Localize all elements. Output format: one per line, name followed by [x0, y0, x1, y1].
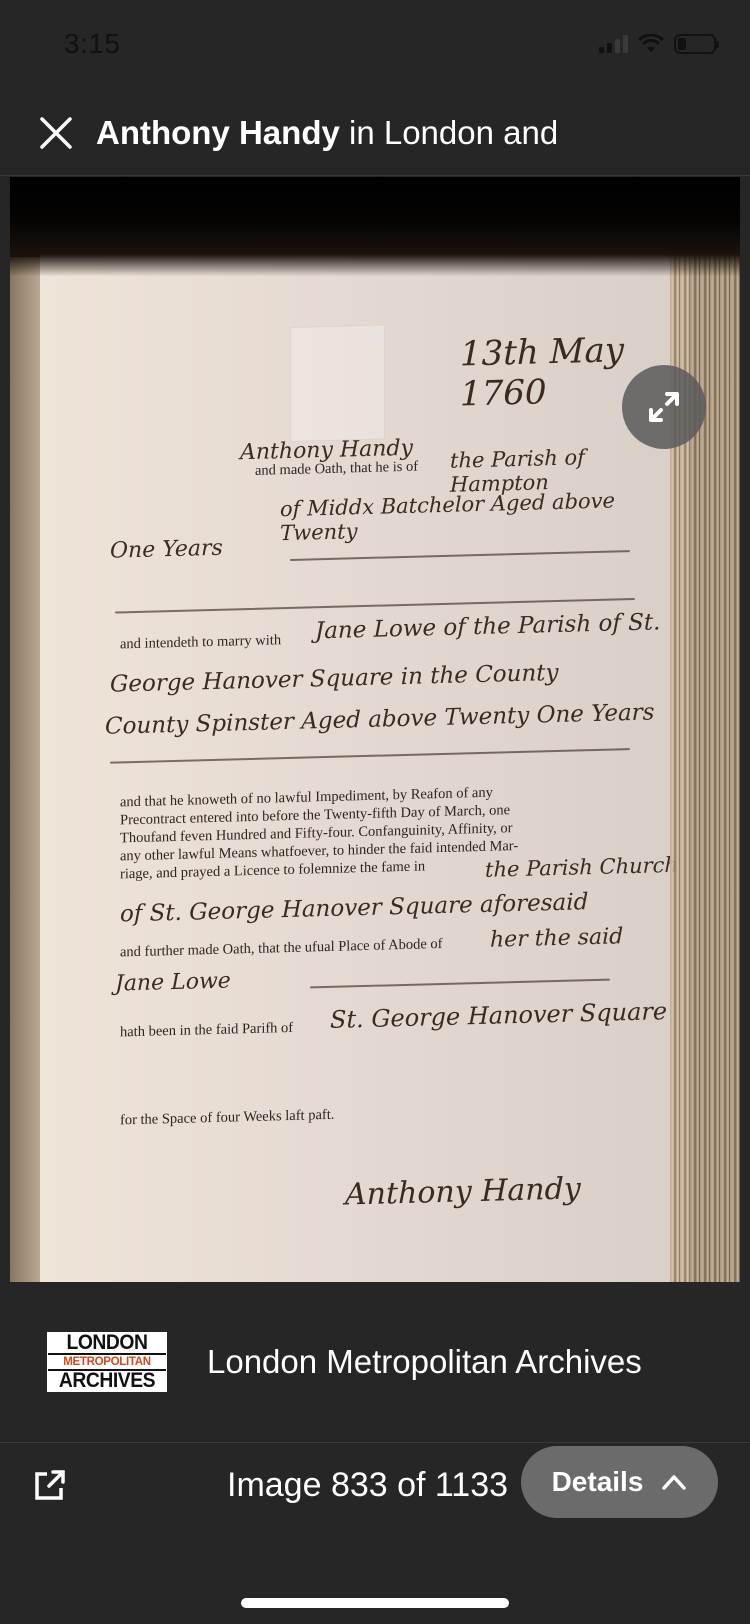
archive-logo: LONDON METROPOLITAN ARCHIVES: [47, 1332, 167, 1392]
title-name: Anthony Handy: [96, 114, 340, 151]
source-bar[interactable]: LONDON METROPOLITAN ARCHIVES London Metr…: [0, 1282, 750, 1443]
source-name[interactable]: London Metropolitan Archives: [207, 1343, 642, 1381]
close-button[interactable]: [36, 113, 76, 153]
status-time: 3:15: [64, 28, 121, 60]
document-image-viewer[interactable]: 13th May 1760 Anthony Handy and made Oat…: [10, 177, 740, 1282]
chevron-up-icon: [661, 1473, 687, 1491]
external-link-icon: [33, 1468, 67, 1502]
bottom-bar: Image 833 of 1133 Details: [0, 1444, 750, 1554]
home-indicator[interactable]: [241, 1598, 509, 1608]
header: Anthony Handy in London and: [0, 90, 750, 176]
status-icons: [599, 34, 716, 54]
details-label: Details: [552, 1466, 644, 1498]
expand-icon: [646, 389, 682, 425]
page-title: Anthony Handy in London and: [96, 114, 558, 152]
signal-icon: [599, 35, 628, 53]
expand-button[interactable]: [622, 365, 706, 449]
battery-icon: [674, 34, 716, 54]
image-counter: Image 833 of 1133: [227, 1466, 508, 1505]
details-button[interactable]: Details: [521, 1446, 718, 1518]
wifi-icon: [638, 34, 664, 54]
top-shadow: [10, 177, 740, 1282]
title-location: in London and: [340, 114, 558, 151]
share-button[interactable]: [33, 1468, 67, 1502]
close-icon: [39, 116, 73, 150]
status-bar: 3:15: [0, 0, 750, 90]
